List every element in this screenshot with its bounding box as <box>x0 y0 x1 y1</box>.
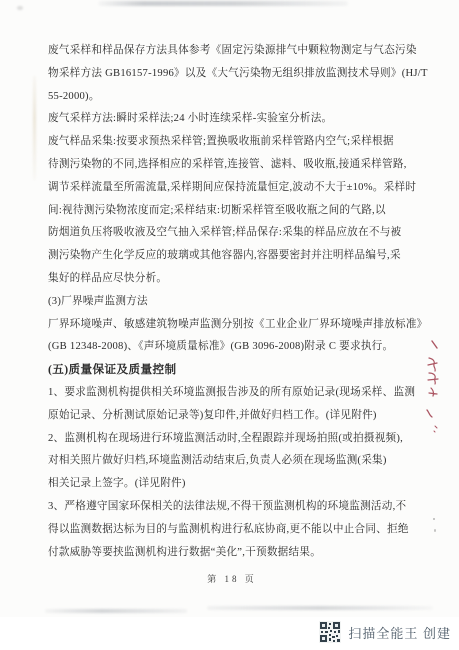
text-line: 防烟道负压将吸收液及空气抽入采样管;样品保存:采集的样品应放在不与被 <box>48 222 420 245</box>
scan-edge-streak-top <box>98 1 348 6</box>
scanned-document-screenshot: 废气采样和样品保存方法具体参考《固定污染源排气中颗粒物测定与气态污染 物采样方法… <box>0 0 459 650</box>
text-line: 3、严格遵守国家环保相关的法律法规,不得干预监测机构的环境监测活动,不 <box>48 496 420 519</box>
page-number: 第 18 页 <box>48 572 416 585</box>
text-line: 厂界环境噪声、敏感建筑物噪声监测分别按《工业企业厂界环境噪声排放标准》 <box>48 314 420 337</box>
text-line: 集好的样品应尽快分析。 <box>48 268 420 291</box>
text-line: 废气采样和样品保存方法具体参考《固定污染源排气中颗粒物测定与气态污染 <box>48 40 420 63</box>
text-line: 测污染物产生化学反应的玻璃或其他容器内,容器要密封并注明样品编号,采 <box>48 245 420 268</box>
text-line: 相关记录上签字。(详见附件) <box>48 473 420 496</box>
red-ink-margin-mark <box>419 338 441 433</box>
text-line: 待测污染物的不同,选择相应的采样管,连接管、滤料、吸收瓶,接通采样管路, <box>48 154 420 177</box>
scan-smudge <box>17 6 23 10</box>
text-line: 废气采样方法:瞬时采样法;24 小时连续采样-实验室分析法。 <box>48 108 420 131</box>
scan-speck <box>434 529 436 532</box>
scan-speck <box>433 518 435 520</box>
text-line: 对相关照片做好归档,环境监测活动结束后,负责人必须在现场监测(采集) <box>48 450 420 473</box>
qr-code-icon <box>319 621 341 643</box>
text-line: (GB 12348-2008)、《声环境质量标准》(GB 3096-2008)附… <box>48 336 420 359</box>
text-line: 间:视待测污染物浓度而定;采样结束:切断采样管至吸收瓶之间的气路,以 <box>48 200 420 223</box>
scan-edge-streak-bottom <box>45 609 187 613</box>
text-line: 55-2000)。 <box>48 86 420 109</box>
text-line: 得以监测数据达标为目的与监测机构进行私底协商,更不能以中止合同、拒绝 <box>48 519 420 542</box>
text-line: 原始记录、分析测试原始记录等)复印件,并做好归档工作。(详见附件) <box>48 405 420 428</box>
section-heading: (五)质量保证及质量控制 <box>48 359 420 382</box>
text-line: 物采样方法 GB16157-1996》以及《大气污染物无组织排放监测技术导则》(… <box>48 63 420 86</box>
scanned-page: 废气采样和样品保存方法具体参考《固定污染源排气中颗粒物测定与气态污染 物采样方法… <box>0 0 459 617</box>
text-line: 2、监测机构在现场进行环境监测活动时,全程跟踪并现场拍照(或拍摄视频), <box>48 428 420 451</box>
text-line: 1、要求监测机构提供相关环境监测报告涉及的所有原始记录(现场采样、监测 <box>48 382 420 405</box>
scan-streak-left <box>33 76 36 180</box>
text-line: 调节采样流量至所需流量,采样期间应保持流量恒定,波动不大于±10%。采样时 <box>48 177 420 200</box>
scan-edge-streak-bottom <box>207 606 433 610</box>
section-subheading: (3)厂界噪声监测方法 <box>48 291 420 314</box>
camscanner-watermark: 扫描全能王 创建 <box>319 621 451 643</box>
watermark-label: 扫描全能王 创建 <box>348 623 451 642</box>
text-line: 废气样品采集:按要求预热采样管;置换吸收瓶前采样管路内空气;采样根据 <box>48 131 420 154</box>
document-body: 废气采样和样品保存方法具体参考《固定污染源排气中颗粒物测定与气态污染 物采样方法… <box>48 40 420 564</box>
text-line: 付款威胁等要挟监测机构进行数据“美化”,干预数据结果。 <box>48 542 420 565</box>
